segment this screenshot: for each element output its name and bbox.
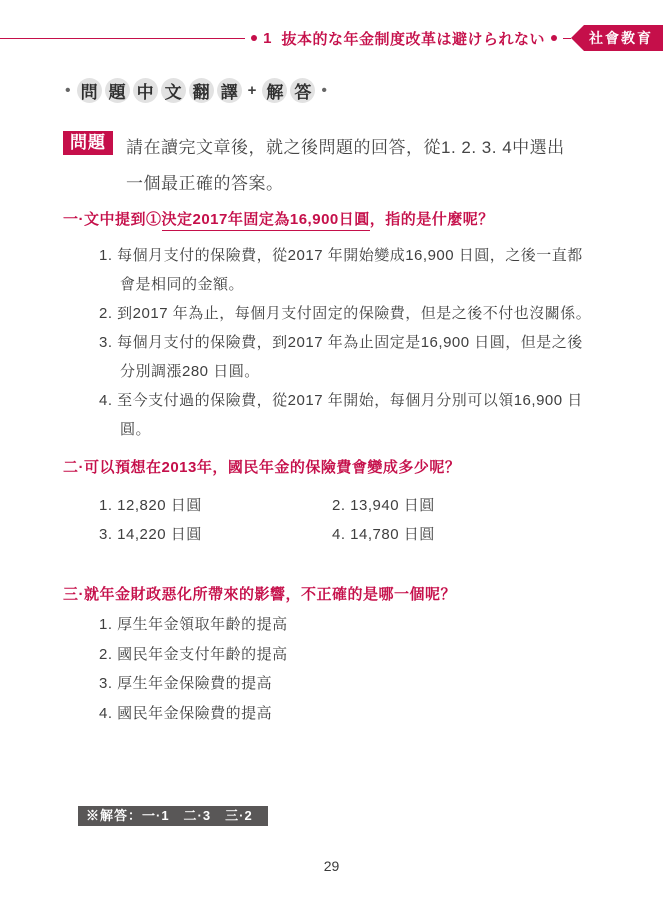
char-circle: 答: [290, 78, 315, 103]
char-circle: 文: [161, 78, 186, 103]
page-header: 1 抜本的な年金制度改革は避けられない 社會教育: [0, 24, 663, 52]
textbook-page: 1 抜本的な年金制度改革は避けられない 社會教育 • 問 題 中 文 翻 譯 +…: [0, 0, 663, 897]
option-line: 1. 12,820 日圓: [99, 491, 332, 520]
char-circle: 問: [77, 78, 102, 103]
lesson-number: 1: [263, 30, 271, 47]
option-line-continuation: 分別調漲280 日圓。: [120, 357, 591, 386]
problem-label-badge: 問題: [63, 131, 113, 155]
option-line: 3. 每個月支付的保險費，到2017 年為止固定是16,900 日圓，但是之後: [99, 328, 591, 357]
option-line: 2. 國民年金支付年齡的提高: [99, 640, 288, 670]
option-line: 4. 至今支付過的保險費，從2017 年開始，每個月分別可以領16,900 日: [99, 386, 591, 415]
char-circle: 譯: [217, 78, 242, 103]
intro-text-line: 一個最正確的答案。: [126, 169, 284, 194]
header-connector-line: [563, 38, 571, 39]
question-2-heading: 二·可以預想在2013年，國民年金的保險費會變成多少呢？: [63, 456, 460, 477]
option-line: 3. 14,220 日圓: [99, 520, 332, 549]
char-circle: 中: [133, 78, 158, 103]
category-tag: 社會教育: [571, 25, 663, 51]
option-line-continuation: 會是相同的金額。: [120, 270, 591, 299]
bullet-icon: •: [321, 82, 327, 100]
option-line: 4. 14,780 日圓: [332, 520, 435, 549]
bullet-dot-icon: [551, 35, 557, 41]
question-3-heading: 三·就年金財政惡化所帶來的影響，不正確的是哪一個呢？: [63, 583, 456, 604]
answer-key-bar: ※解答：一·1 二·3 三·2: [78, 806, 268, 826]
bullet-dot-icon: [251, 35, 257, 41]
option-line: 1. 厚生年金領取年齡的提高: [99, 610, 288, 640]
section-title: • 問 題 中 文 翻 譯 + 解 答 •: [62, 78, 330, 103]
option-line: 4. 國民年金保險費的提高: [99, 699, 288, 729]
lesson-title: 抜本的な年金制度改革は避けられない: [281, 28, 545, 49]
question-1-heading: 一·文中提到①決定2017年固定為16,900日圓，指的是什麼呢？: [63, 208, 494, 229]
question-2-options: 1. 12,820 日圓 2. 13,940 日圓 3. 14,220 日圓 4…: [99, 491, 435, 549]
question-1-heading-underlined: 決定2017年固定為16,900日圓: [162, 211, 370, 231]
char-circle: 題: [105, 78, 130, 103]
option-line-continuation: 圓。: [120, 415, 591, 444]
bullet-icon: •: [65, 82, 71, 100]
option-line: 3. 厚生年金保險費的提高: [99, 669, 288, 699]
intro-text-line: 請在讀完文章後，就之後問題的回答，從1. 2. 3. 4中選出: [126, 133, 565, 158]
char-circle: 翻: [189, 78, 214, 103]
option-line: 1. 每個月支付的保險費，從2017 年開始變成16,900 日圓，之後一直都: [99, 241, 591, 270]
question-1-options: 1. 每個月支付的保險費，從2017 年開始變成16,900 日圓，之後一直都 …: [99, 241, 591, 444]
plus-icon: +: [248, 82, 257, 99]
question-1-heading-prefix: 一·文中提到①: [63, 211, 162, 228]
header-rule-line: [0, 38, 245, 39]
page-number: 29: [0, 858, 663, 874]
char-circle: 解: [262, 78, 287, 103]
question-1-heading-suffix: ，指的是什麼呢？: [370, 211, 494, 228]
question-3-options: 1. 厚生年金領取年齡的提高 2. 國民年金支付年齡的提高 3. 厚生年金保險費…: [99, 610, 288, 728]
option-line: 2. 13,940 日圓: [332, 491, 435, 520]
option-line: 2. 到2017 年為止，每個月支付固定的保險費，但是之後不付也沒關係。: [99, 299, 591, 328]
